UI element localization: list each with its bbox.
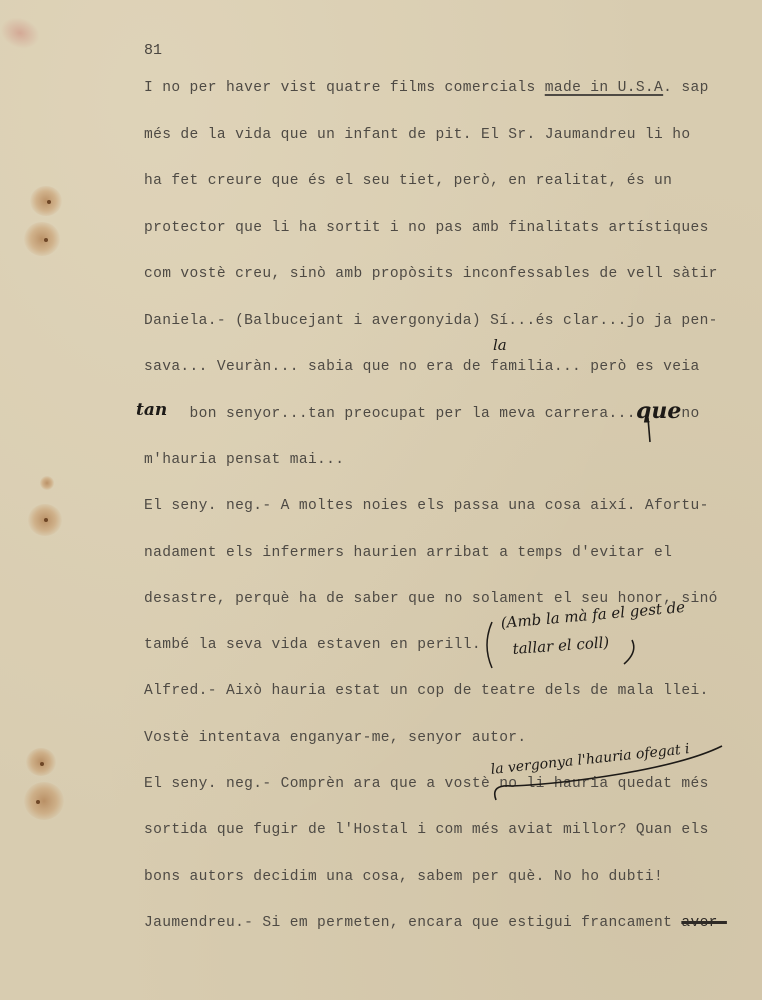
document-page: 81 I no per haver vist quatre films come…	[0, 0, 762, 1000]
handwritten-stroke	[0, 0, 762, 1000]
